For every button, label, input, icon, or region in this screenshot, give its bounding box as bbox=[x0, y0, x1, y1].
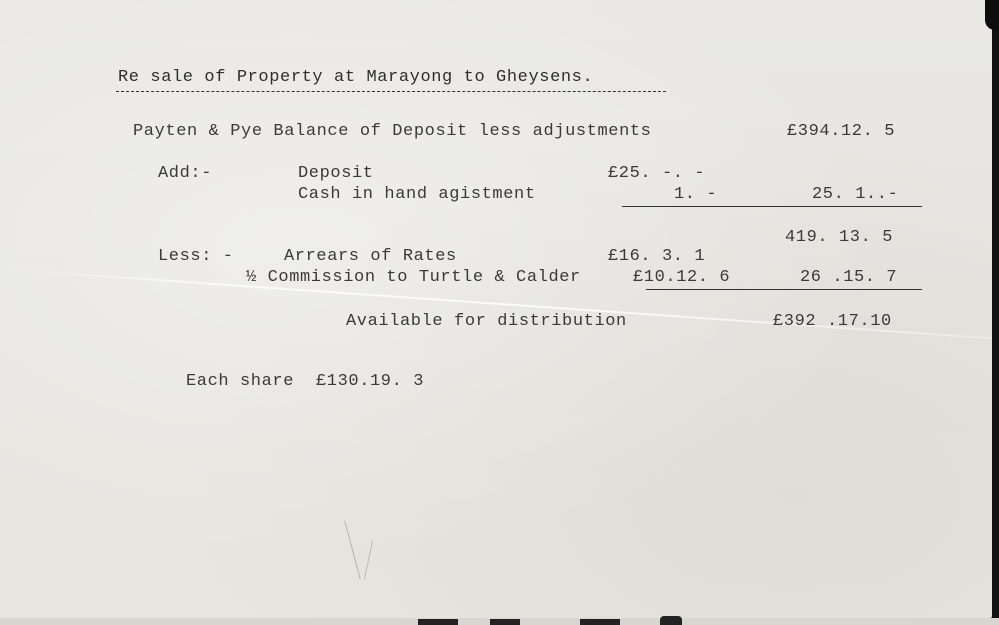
each-share-label: Each share bbox=[186, 372, 294, 392]
add-subtotal-rule bbox=[622, 206, 922, 207]
add-heading: Add:- bbox=[158, 164, 212, 184]
balance-amount: £394.12. 5 bbox=[787, 122, 895, 142]
less-item-amount: £10.12. 6 bbox=[633, 268, 730, 288]
scan-edge-right bbox=[992, 0, 999, 625]
less-heading: Less: - bbox=[158, 247, 234, 267]
scan-corner bbox=[985, 0, 999, 30]
document-title: Re sale of Property at Marayong to Gheys… bbox=[118, 68, 593, 88]
less-item-label: Arrears of Rates bbox=[284, 247, 457, 267]
less-item-label: ½ Commission to Turtle & Calder bbox=[246, 268, 581, 288]
document-page: Re sale of Property at Marayong to Gheys… bbox=[0, 0, 992, 618]
paper-crease bbox=[344, 521, 360, 579]
scan-mark bbox=[418, 619, 458, 625]
available-amount: £392 .17.10 bbox=[773, 312, 892, 332]
scan-mark bbox=[580, 619, 620, 625]
less-item-amount: £16. 3. 1 bbox=[608, 247, 705, 267]
add-item-label: Deposit bbox=[298, 164, 374, 184]
each-share-amount: £130.19. 3 bbox=[316, 372, 424, 392]
scan-mark bbox=[660, 616, 682, 625]
scan-mark bbox=[490, 619, 520, 625]
balance-label: Payten & Pye Balance of Deposit less adj… bbox=[133, 122, 651, 142]
add-subtotal: 25. 1..- bbox=[812, 185, 898, 205]
add-item-label: Cash in hand agistment bbox=[298, 185, 536, 205]
add-item-amount: £25. -. - bbox=[608, 164, 705, 184]
title-underline bbox=[116, 90, 666, 92]
less-subtotal-rule bbox=[646, 289, 922, 290]
add-item-amount: 1. - bbox=[674, 185, 717, 205]
less-subtotal: 26 .15. 7 bbox=[800, 268, 897, 288]
available-label: Available for distribution bbox=[346, 312, 627, 332]
running-total: 419. 13. 5 bbox=[785, 228, 893, 248]
paper-crease bbox=[364, 540, 373, 579]
